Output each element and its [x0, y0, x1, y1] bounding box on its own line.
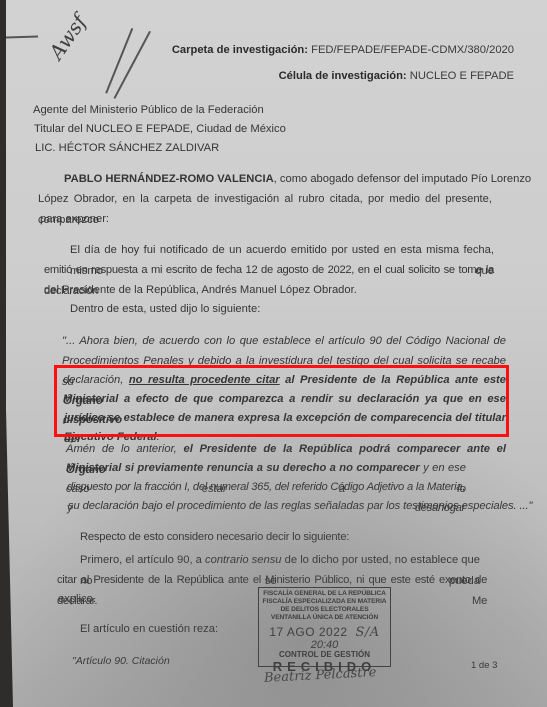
stamp-annotation: S/A: [355, 625, 379, 640]
page-number: 1 de 3: [471, 660, 497, 671]
article-title: "Artículo 90. Citación: [72, 651, 170, 672]
addressee-line-2: Titular del NUCLEO E FEPADE, Ciudad de M…: [34, 119, 286, 140]
response-intro: Respecto de esto considero necesario dec…: [80, 527, 349, 548]
notice-line-3: del Presidente de la República, Andrés M…: [44, 280, 357, 301]
reception-stamp: FISCALÍA GENERAL DE LA REPÚBLICA FISCALÍ…: [258, 587, 391, 667]
stamp-date: 17 AGO 2022 S/A: [259, 625, 390, 640]
intro-line-1: PABLO HERNÁNDEZ-ROMO VALENCIA, como abog…: [64, 169, 531, 190]
pen-stroke: [6, 35, 38, 38]
celula-value: NUCLEO E FEPADE: [410, 70, 514, 82]
article-intro: El artículo en cuestión reza:: [80, 619, 218, 640]
carpeta-label: Carpeta de investigación:: [172, 44, 308, 56]
addressee-line-1: Agente del Ministerio Público de la Fede…: [33, 100, 264, 121]
carpeta-value: FED/FEPADE/FEPADE-CDMX/380/2020: [311, 44, 514, 56]
addressee-line-3: LIC. HÉCTOR SÁNCHEZ ZALDIVAR: [35, 138, 219, 159]
highlight-box: [54, 365, 509, 437]
celula-label: Célula de investigación:: [279, 70, 407, 82]
celula-line: Célula de investigación: NUCLEO E FEPADE: [279, 70, 514, 82]
said-intro: Dentro de esta, usted dijo lo siguiente:: [70, 299, 260, 320]
handwritten-initials: Awsf: [44, 10, 91, 63]
carpeta-line: Carpeta de investigación: FED/FEPADE/FEP…: [172, 44, 514, 56]
stamp-time: 20:40: [259, 640, 390, 650]
quote-line-1: "... Ahora bien, de acuerdo con lo que e…: [62, 331, 506, 352]
intro-line-3: para exponer:: [40, 209, 109, 230]
document-page: Awsf Carpeta de investigación: FED/FEPAD…: [6, 0, 547, 707]
pen-stroke: [105, 28, 133, 93]
argument-line-3: explico.: [58, 589, 96, 610]
quote-line-10: su declaración bajo el procedimiento de …: [68, 496, 532, 517]
pen-stroke: [113, 31, 150, 99]
lawyer-name: PABLO HERNÁNDEZ-ROMO VALENCIA: [64, 173, 274, 185]
